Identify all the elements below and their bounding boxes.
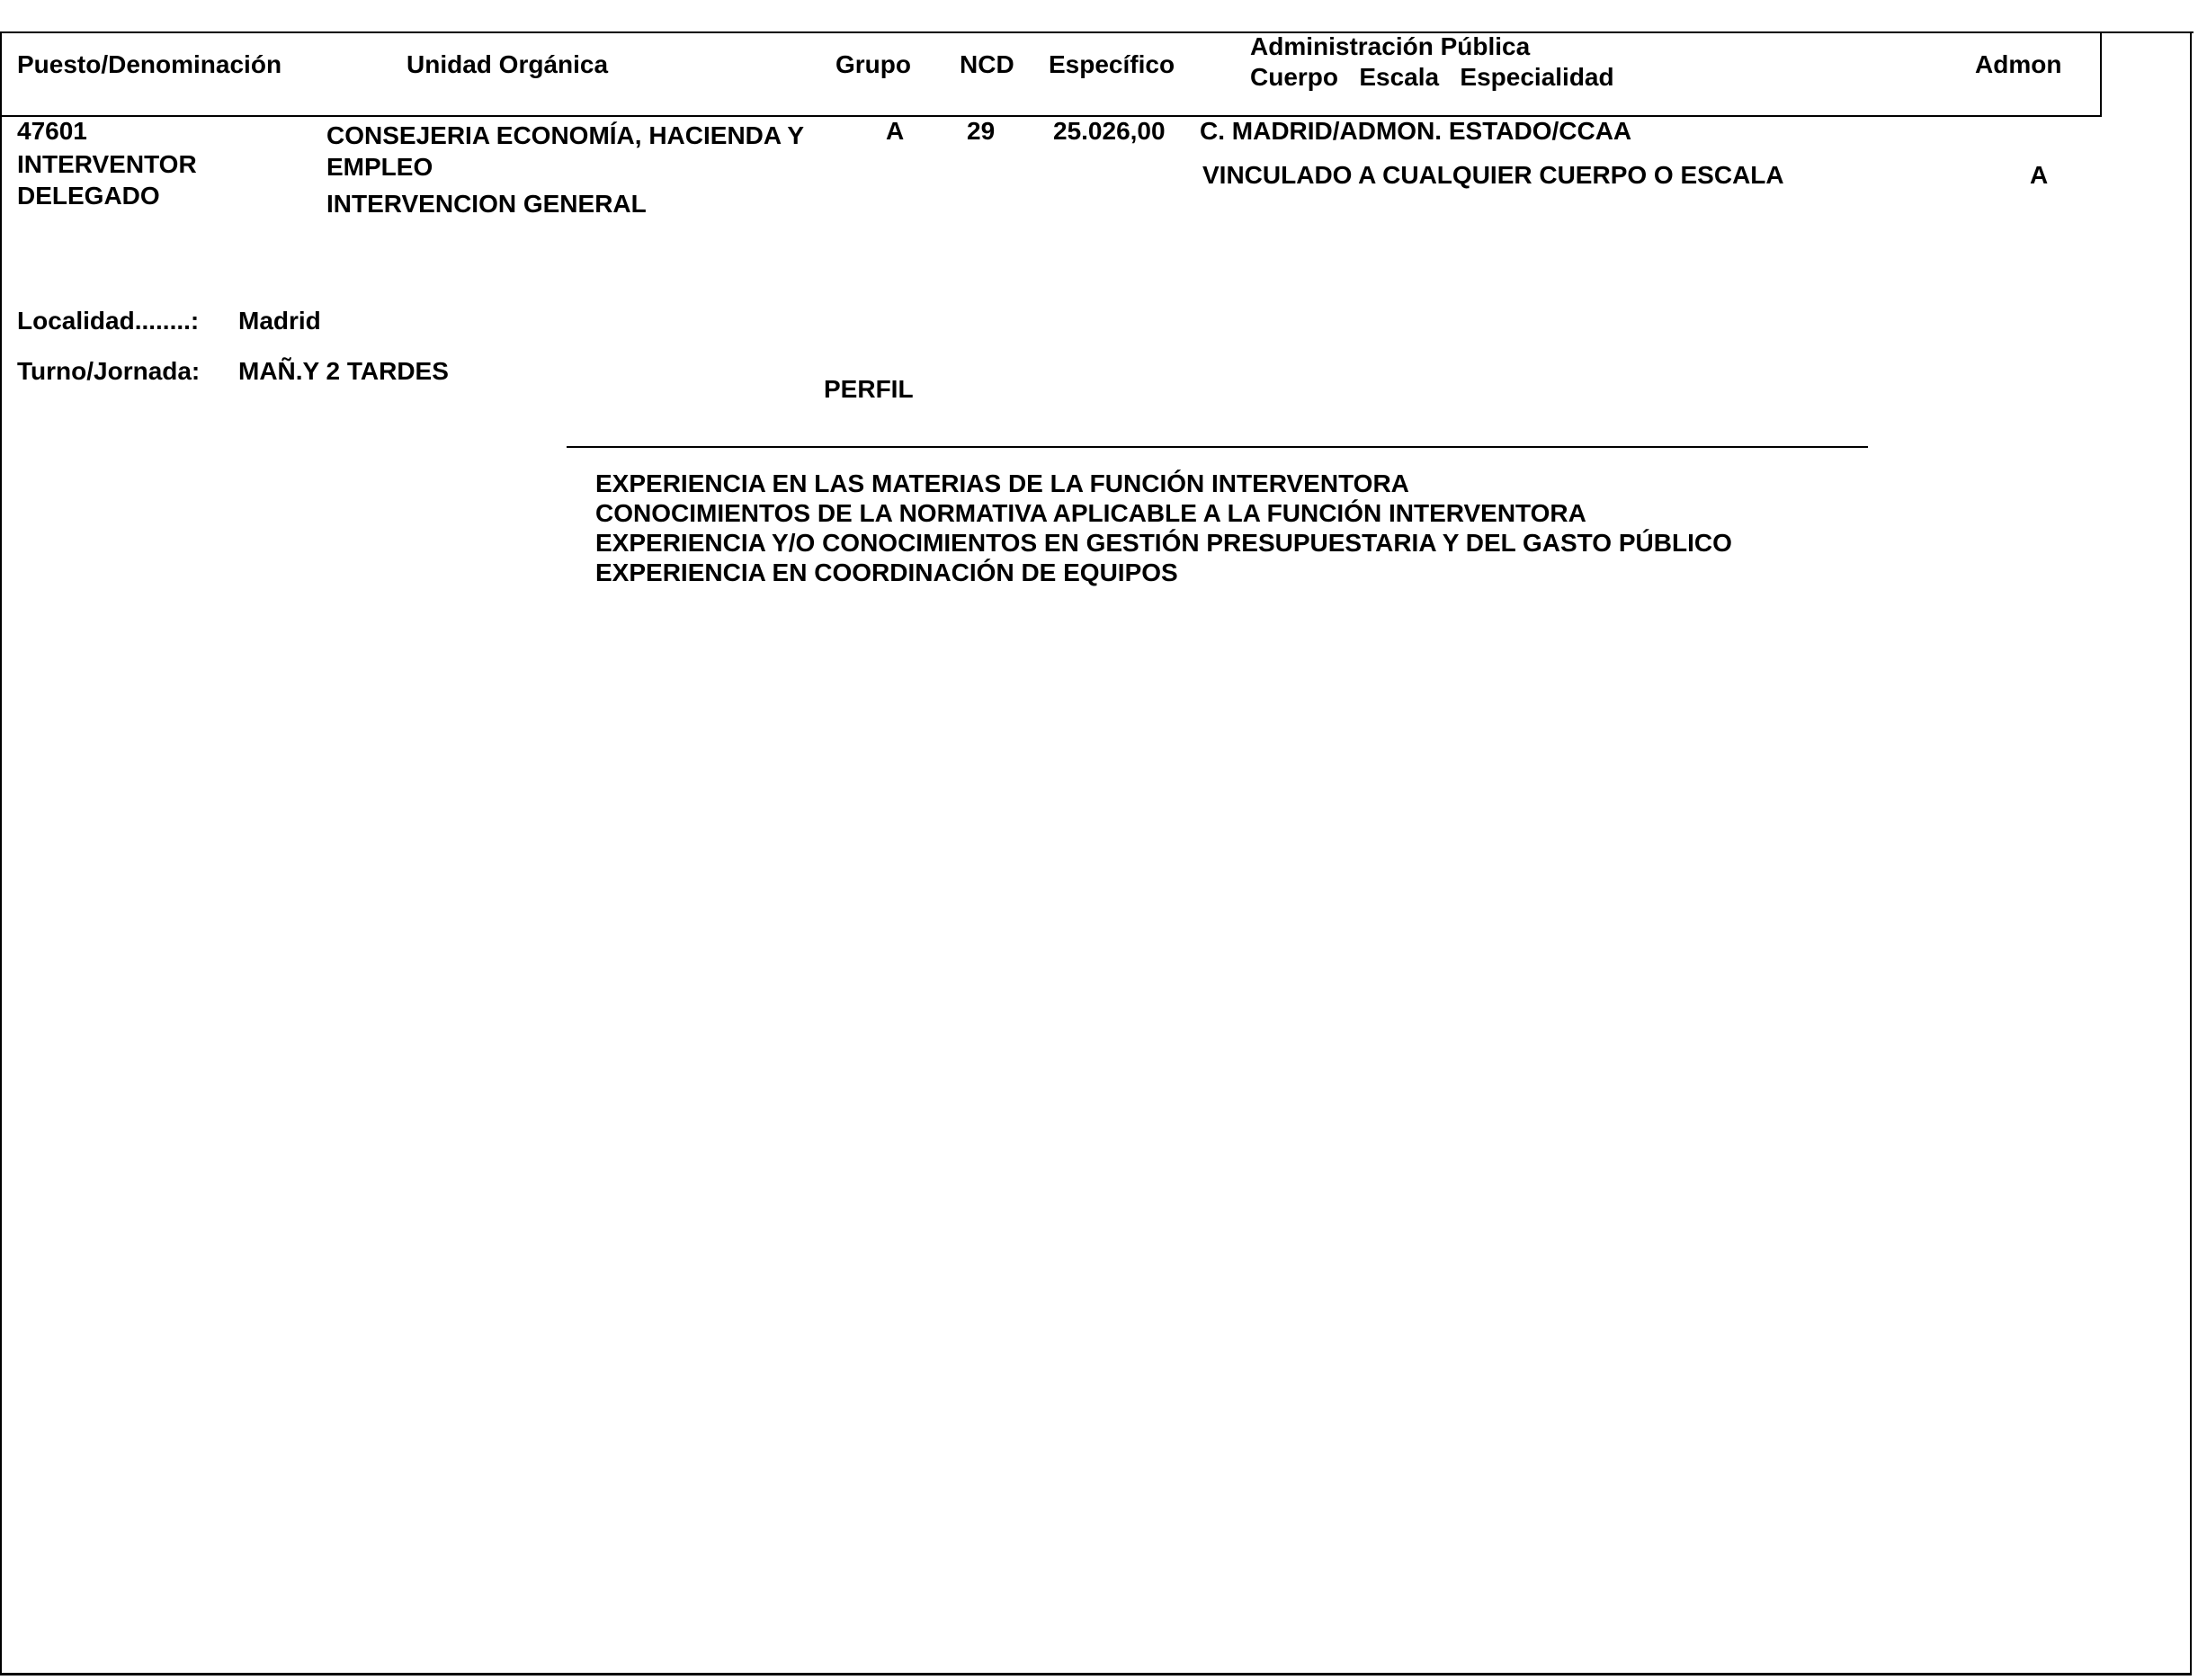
- header-especifico: Específico: [1049, 49, 1175, 80]
- perfil-title: PERFIL: [824, 374, 914, 405]
- header-cuerpo-escala-especialidad: Cuerpo Escala Especialidad: [1250, 62, 1614, 93]
- turno-label: Turno/Jornada:: [17, 356, 200, 387]
- puesto-denominacion-line-2: DELEGADO: [17, 181, 160, 211]
- puesto-denominacion-line-1: INTERVENTOR: [17, 149, 197, 180]
- header-unidad: Unidad Orgánica: [407, 49, 608, 80]
- header-administracion: Administración Pública: [1250, 31, 1530, 62]
- grupo-value: A: [886, 116, 904, 147]
- perfil-divider: [567, 446, 1868, 448]
- perfil-item: CONOCIMIENTOS DE LA NORMATIVA APLICABLE …: [595, 498, 1586, 529]
- especifico-value: 25.026,00: [1053, 116, 1166, 147]
- unidad-line-3: INTERVENCION GENERAL: [326, 189, 647, 219]
- header-ncd: NCD: [960, 49, 1014, 80]
- admon-value: A: [2030, 160, 2048, 191]
- unidad-line-1: CONSEJERIA ECONOMÍA, HACIENDA Y: [326, 121, 804, 151]
- perfil-item: EXPERIENCIA EN LAS MATERIAS DE LA FUNCIÓ…: [595, 469, 1409, 499]
- header-puesto: Puesto/Denominación: [17, 49, 281, 80]
- localidad-label: Localidad........:: [17, 306, 199, 336]
- header-admon: Admon: [1975, 49, 2061, 80]
- turno-value: MAÑ.Y 2 TARDES: [238, 356, 449, 387]
- frame-top-border: [2100, 31, 2194, 33]
- puesto-codigo: 47601: [17, 116, 87, 147]
- cuerpo-value: VINCULADO A CUALQUIER CUERPO O ESCALA: [1202, 160, 1784, 191]
- ncd-value: 29: [967, 116, 995, 147]
- header-grupo: Grupo: [835, 49, 911, 80]
- perfil-item: EXPERIENCIA EN COORDINACIÓN DE EQUIPOS: [595, 558, 1178, 588]
- unidad-line-2: EMPLEO: [326, 152, 433, 183]
- perfil-item: EXPERIENCIA Y/O CONOCIMIENTOS EN GESTIÓN…: [595, 528, 1732, 559]
- localidad-value: Madrid: [238, 306, 321, 336]
- administracion-value: C. MADRID/ADMON. ESTADO/CCAA: [1200, 116, 1631, 147]
- page-frame: [0, 31, 2192, 1676]
